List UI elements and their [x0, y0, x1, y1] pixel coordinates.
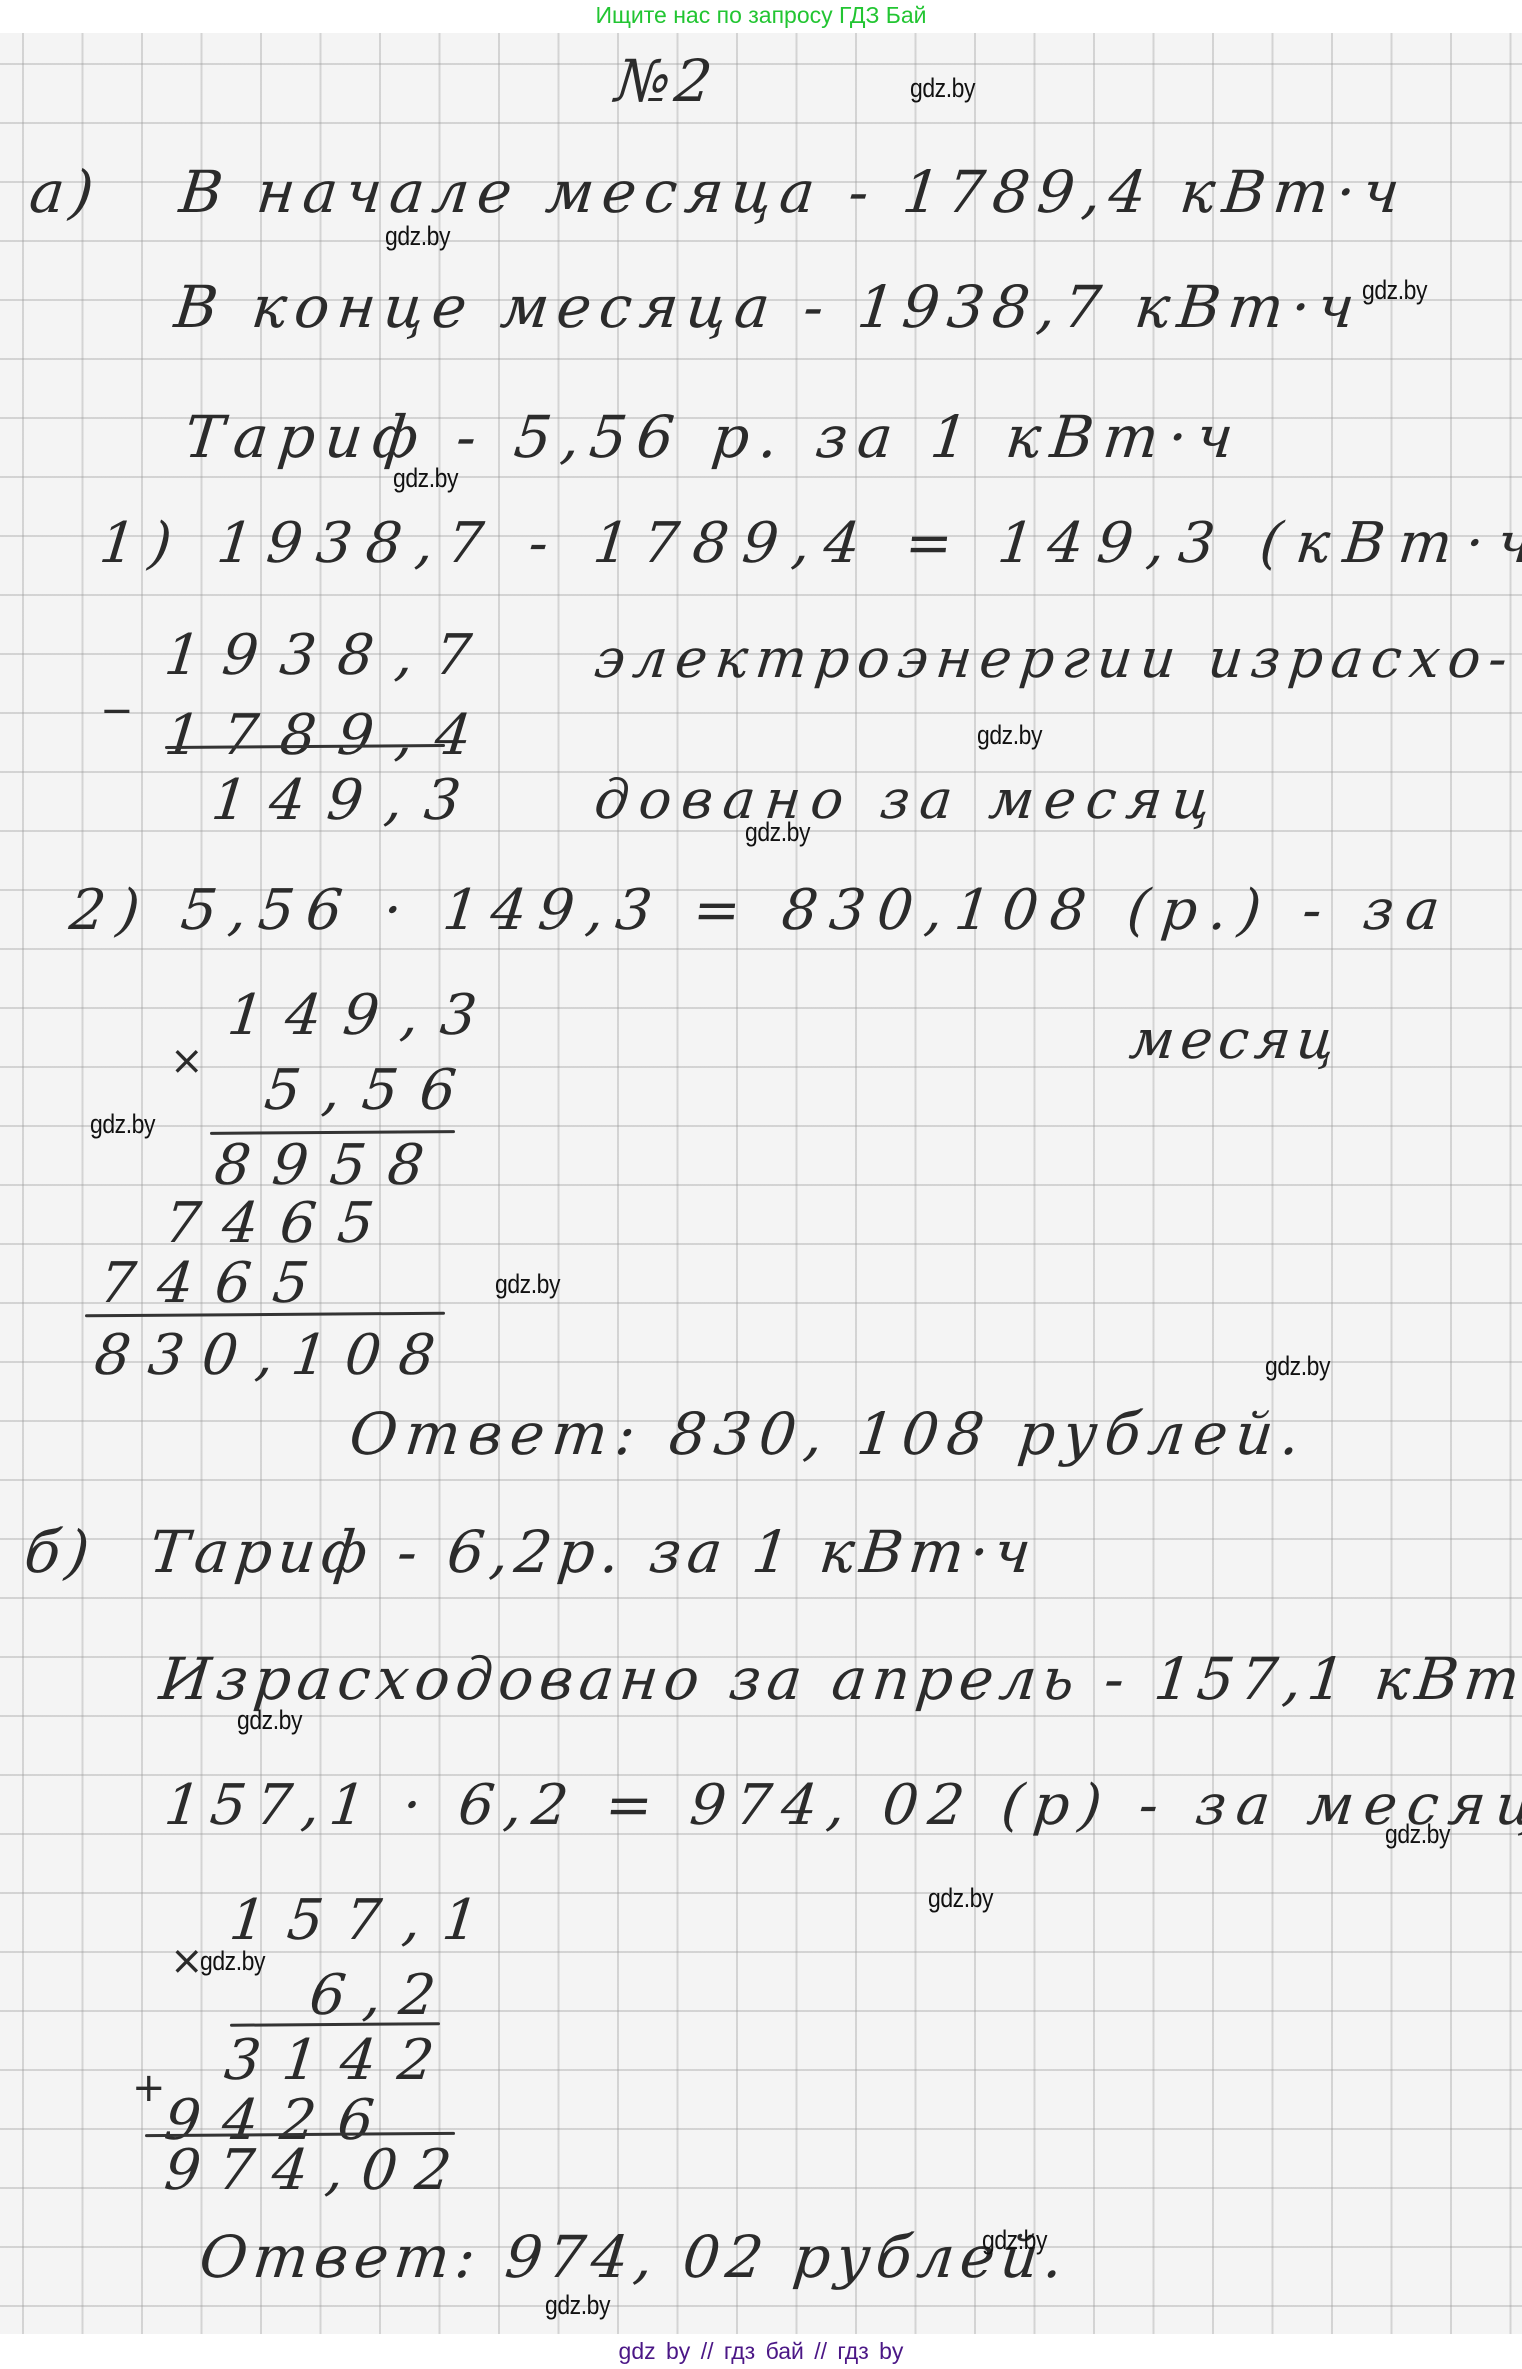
watermark: gdz.by: [928, 1883, 993, 1914]
multiply-sign-b: ×: [170, 1938, 204, 1984]
multiplicand-b: 157,1: [227, 1888, 504, 1953]
subtrahend: 1789,4: [162, 703, 497, 768]
partial-product-3: 7465: [97, 1251, 334, 1316]
minus-sign: −: [100, 688, 134, 734]
answer-b: Ответ: 974, 02 рублей.: [196, 2223, 1072, 2291]
watermark: gdz.by: [1385, 1819, 1450, 1850]
step1-equation: 1) 1938,7 - 1789,4 = 149,3 (кВт·ч): [97, 511, 1522, 576]
watermark: gdz.by: [1362, 275, 1427, 306]
watermark: gdz.by: [982, 2225, 1047, 2256]
tariff-line-a: Тариф - 5,56 р. за 1 кВт·ч: [181, 403, 1246, 471]
watermark: gdz.by: [385, 221, 450, 252]
notebook-page: №2 а) В начале месяца - 1789,4 кВт·ч В к…: [0, 33, 1522, 2334]
multiplicand: 149,3: [225, 983, 502, 1048]
watermark: gdz.by: [977, 720, 1042, 751]
watermark: gdz.by: [200, 1946, 265, 1977]
product-result: 830,108: [92, 1323, 456, 1388]
bottom-site-banner: gdz by // гдз бай // гдз by: [0, 2334, 1522, 2369]
start-reading-line: В начале месяца - 1789,4 кВт·ч: [176, 158, 1410, 226]
step1-note-line1: электроэнергии израсхо-: [592, 627, 1519, 690]
plus-sign: +: [132, 2065, 166, 2111]
tariff-line-b: Тариф - 6,2р. за 1 кВт·ч: [146, 1518, 1040, 1586]
partial-product-2: 7465: [162, 1191, 399, 1256]
watermark: gdz.by: [545, 2290, 610, 2321]
usage-april-line: Израсходовано за апрель - 157,1 кВт·ч: [156, 1645, 1522, 1713]
end-reading-line: В конце месяца - 1938,7 кВт·ч: [171, 273, 1365, 341]
answer-a: Ответ: 830, 108 рублей.: [346, 1400, 1311, 1468]
watermark: gdz.by: [495, 1269, 560, 1300]
watermark: gdz.by: [910, 73, 975, 104]
top-search-banner: Ищите нас по запросу ГДЗ Бай: [0, 0, 1522, 33]
part-b-label: б): [21, 1518, 98, 1586]
difference: 149,3: [209, 768, 486, 833]
watermark: gdz.by: [237, 1705, 302, 1736]
step1-note-line2: довано за месяц: [592, 768, 1223, 831]
product-result-b: 974,02: [162, 2138, 473, 2203]
multiplier-b: 6,2: [307, 1963, 457, 2028]
partial-product-b-1: 3142: [222, 2028, 459, 2093]
calc-line-b: 157,1 · 6,2 = 974, 02 (р) - за месяц: [162, 1773, 1522, 1838]
problem-number: №2: [612, 47, 719, 115]
watermark: gdz.by: [745, 817, 810, 848]
watermark: gdz.by: [90, 1109, 155, 1140]
partial-product-1: 8958: [212, 1133, 449, 1198]
minuend: 1938,7: [162, 623, 497, 688]
watermark: gdz.by: [393, 463, 458, 494]
part-a-label: а): [26, 158, 102, 226]
step2-tail: месяц: [1127, 1008, 1344, 1071]
step2-equation: 2) 5,56 · 149,3 = 830,108 (р.) - за: [67, 878, 1455, 943]
multiplier: 5,56: [262, 1058, 482, 1123]
multiply-sign: ×: [170, 1038, 204, 1084]
watermark: gdz.by: [1265, 1351, 1330, 1382]
